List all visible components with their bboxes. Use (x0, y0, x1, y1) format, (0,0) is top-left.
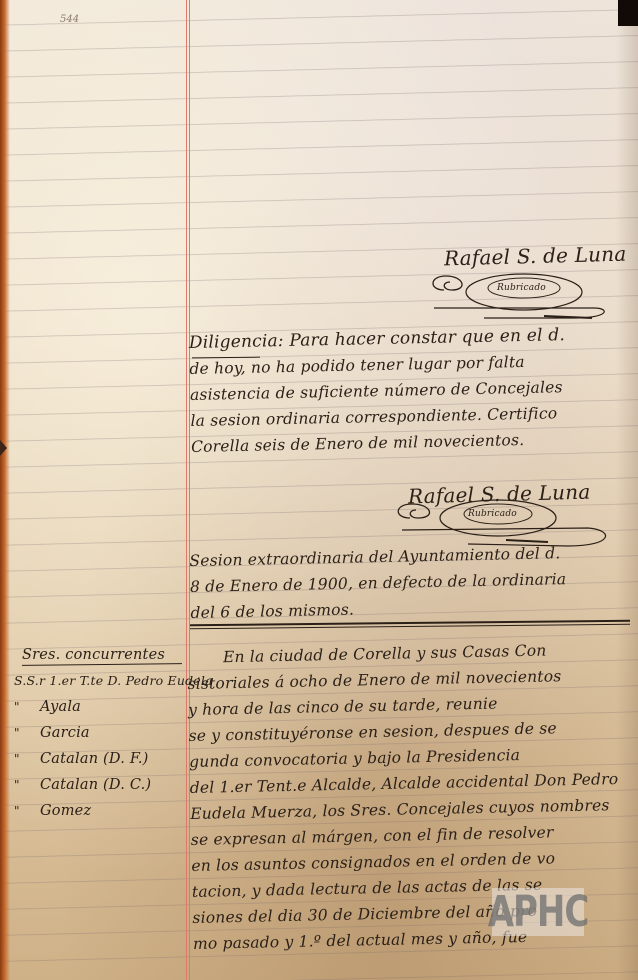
margin-attendees: Sres. concurrentes S.S.r 1.er T.te D. Pe… (14, 642, 213, 824)
attendee-item: "Gomez (14, 798, 213, 824)
attendee-item: S.S.r 1.er T.te D. Pedro Eudela (14, 668, 213, 694)
ditto-mark: " (14, 772, 40, 798)
ditto-mark: " (14, 798, 40, 824)
document-page: 544 Rafael S. de Luna Rubricado Diligenc… (0, 0, 638, 980)
archive-watermark: APHC (492, 888, 584, 936)
diligencia-section: Diligencia: Para hacer constar que en el… (189, 322, 568, 460)
attendee-name: Garcia (40, 725, 90, 741)
attendee-item: "Ayala (14, 694, 213, 720)
attendee-item: "Catalan (D. F.) (14, 746, 213, 772)
attendee-name: Catalan (D. F.) (40, 751, 149, 767)
watermark-text: APHC (488, 887, 589, 937)
attendee-item: "Garcia (14, 720, 213, 746)
signature-flourish-1 (424, 268, 614, 324)
attendee-name: Ayala (40, 699, 81, 715)
signature-name-1: Rafael S. de Luna (444, 242, 627, 271)
attendee-name: Catalan (D. C.) (40, 777, 151, 793)
attendee-item: "Catalan (D. C.) (14, 772, 213, 798)
attendee-name: Gomez (40, 803, 91, 819)
ditto-mark: " (14, 746, 40, 772)
red-margin-rule (186, 0, 190, 980)
page-left-edge (0, 0, 10, 980)
folio-number: 544 (60, 14, 79, 25)
ditto-mark: " (14, 694, 40, 720)
signature-stamp-text-2: Rubricado (468, 509, 517, 519)
signature-stamp-text-1: Rubricado (497, 283, 546, 293)
page-corner-background (618, 0, 638, 26)
ditto-mark: " (14, 720, 40, 746)
session-title: Sesion extraordinaria del Ayuntamiento d… (189, 540, 567, 626)
binding-notch (0, 440, 7, 456)
